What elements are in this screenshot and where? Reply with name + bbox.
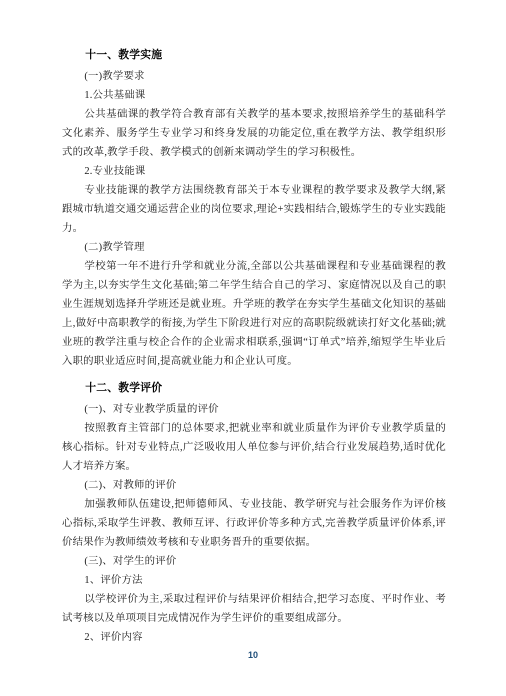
list-item-heading: 2、评价内容 (62, 628, 446, 647)
list-item-heading: 1.公共基础课 (62, 86, 446, 105)
body-paragraph: 公共基础课的教学符合教育部有关教学的基本要求,按照培养学生的基础科学文化素养、服… (62, 105, 446, 162)
body-paragraph: 专业技能课的教学方法围绕教育部关于本专业课程的教学要求及教学大纲,紧跟城市轨道交… (62, 181, 446, 238)
body-paragraph: 以学校评价为主,采取过程评价与结果评价相结合,把学习态度、平时作业、考试考核以及… (62, 590, 446, 628)
page-footer: 10 (0, 650, 506, 660)
body-paragraph: 加强教师队伍建设,把师德师风、专业技能、教学研究与社会服务作为评价核心指标,采取… (62, 495, 446, 552)
document-body: 十一、教学实施 (一)教学要求 1.公共基础课 公共基础课的教学符合教育部有关教… (62, 46, 446, 647)
list-item-heading: 2.专业技能课 (62, 162, 446, 181)
list-item-heading: 1、评价方法 (62, 571, 446, 590)
page-number: 10 (248, 650, 258, 660)
subsection-heading: (二)教学管理 (62, 238, 446, 257)
subsection-heading: (一)、对专业教学质量的评价 (62, 400, 446, 419)
subsection-heading: (二)、对教师的评价 (62, 476, 446, 495)
section-heading-11: 十一、教学实施 (62, 46, 446, 65)
body-paragraph: 按照教育主管部门的总体要求,把就业率和就业质量作为评价专业教学质量的核心指标。针… (62, 419, 446, 476)
subsection-heading: (一)教学要求 (62, 67, 446, 86)
section-heading-12: 十二、教学评价 (62, 379, 446, 398)
subsection-heading: (三)、对学生的评价 (62, 552, 446, 571)
document-page: 十一、教学实施 (一)教学要求 1.公共基础课 公共基础课的教学符合教育部有关教… (0, 0, 506, 696)
body-paragraph: 学校第一年不进行升学和就业分流,全部以公共基础课程和专业基础课程的教学为主,以夯… (62, 257, 446, 371)
